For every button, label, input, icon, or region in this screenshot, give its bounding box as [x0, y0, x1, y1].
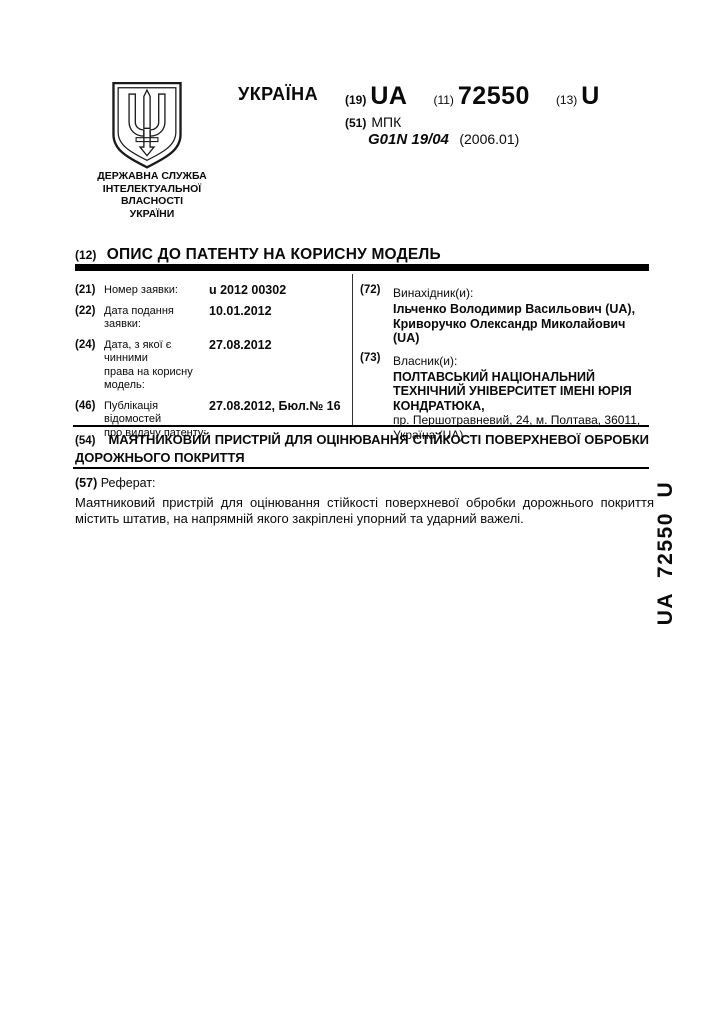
invention-title-text: МАЯТНИКОВИЙ ПРИСТРІЙ ДЛЯ ОЦІНЮВАННЯ СТІЙ…: [75, 432, 649, 465]
ipc-row: (51) МПК: [345, 114, 600, 130]
filing-date-row: (22) Дата подання заявки: 10.01.2012: [75, 305, 343, 332]
code-57-label: (57): [75, 476, 97, 490]
inventors-names: Ільченко Володимир Васильович (UA), Крив…: [393, 302, 649, 346]
code-51-label: (51): [345, 116, 366, 130]
document-type-text: ОПИС ДО ПАТЕНТУ НА КОРИСНУ МОДЕЛЬ: [107, 246, 441, 263]
code-72-label: (72): [360, 284, 393, 296]
ipc-version: (2006.01): [459, 131, 519, 147]
code-13-label: (13): [556, 93, 577, 107]
double-rule-divider: [75, 264, 649, 271]
publication-info-value: 27.08.2012, Бюл.№ 16: [209, 400, 343, 414]
document-type-heading: (12) ОПИС ДО ПАТЕНТУ НА КОРИСНУ МОДЕЛЬ: [75, 246, 649, 264]
application-number-label: Номер заявки:: [104, 284, 209, 298]
owner-block: Власник(и): ПОЛТАВСЬКИЙ НАЦІОНАЛЬНИЙ ТЕХ…: [393, 352, 649, 443]
ipc-label: МПК: [371, 114, 401, 130]
inventors-block: Винахідник(и): Ільченко Володимир Василь…: [393, 284, 649, 346]
effective-date-row: (24) Дата, з якої є чинними права на кор…: [75, 339, 343, 393]
code-12-label: (12): [75, 248, 96, 262]
rule-below-title: [73, 467, 649, 469]
kind-code: U: [581, 82, 600, 111]
code-73-label: (73): [360, 352, 393, 364]
owner-name: ПОЛТАВСЬКИЙ НАЦІОНАЛЬНИЙ ТЕХНІЧНИЙ УНІВЕ…: [393, 370, 649, 414]
code-21-label: (21): [75, 284, 104, 296]
invention-title: (54)МАЯТНИКОВИЙ ПРИСТРІЙ ДЛЯ ОЦІНЮВАННЯ …: [75, 432, 649, 465]
bibliographic-table: (21) Номер заявки: u 2012 00302 (22) Дат…: [75, 278, 649, 425]
inventors-label: Винахідник(и):: [393, 286, 473, 300]
filing-date-label: Дата подання заявки:: [104, 305, 209, 332]
vertical-patent-number: UA 72550 U: [654, 468, 682, 638]
owner-label: Власник(и):: [393, 354, 457, 368]
code-54-label: (54): [75, 435, 95, 447]
ipc-classification-row: G01N 19/04 (2006.01): [368, 131, 600, 149]
issuing-office-name: ДЕРЖАВНА СЛУЖБА ІНТЕЛЕКТУАЛЬНОЇ ВЛАСНОСТ…: [57, 170, 247, 220]
document-codes: (19) UA (11) 72550 (13) U (51) МПК G01N …: [345, 82, 600, 149]
application-number-row: (21) Номер заявки: u 2012 00302: [75, 284, 343, 298]
column-divider: [352, 274, 353, 426]
rule-above-title: [73, 425, 649, 427]
biblio-right-column: (72) Винахідник(и): Ільченко Володимир В…: [360, 284, 649, 448]
country-name: УКРАЇНА: [238, 84, 318, 105]
owner-row: (73) Власник(и): ПОЛТАВСЬКИЙ НАЦІОНАЛЬНИ…: [360, 352, 649, 443]
abstract-label-text: Реферат:: [101, 476, 156, 490]
publication-number: 72550: [458, 82, 530, 111]
code-46-label: (46): [75, 400, 104, 412]
effective-date-value: 27.08.2012: [209, 339, 343, 353]
code-11-label: (11): [433, 93, 453, 107]
country-code: UA: [370, 82, 407, 111]
abstract-text: Маятниковий пристрій для оцінювання стій…: [75, 495, 654, 526]
code-22-label: (22): [75, 305, 104, 317]
application-number-value: u 2012 00302: [209, 284, 343, 298]
code-19-label: (19): [345, 93, 366, 107]
code-24-label: (24): [75, 339, 104, 351]
inventors-row: (72) Винахідник(и): Ільченко Володимир В…: [360, 284, 649, 346]
ukraine-trident-emblem: [107, 80, 187, 172]
effective-date-label: Дата, з якої є чинними права на корисну …: [104, 339, 209, 393]
biblio-left-column: (21) Номер заявки: u 2012 00302 (22) Дат…: [75, 284, 343, 447]
publication-number-row: (19) UA (11) 72550 (13) U: [345, 82, 600, 111]
patent-front-page: ДЕРЖАВНА СЛУЖБА ІНТЕЛЕКТУАЛЬНОЇ ВЛАСНОСТ…: [0, 0, 724, 1024]
abstract-heading: (57) Реферат:: [75, 476, 156, 490]
ipc-class: G01N 19/04: [368, 131, 449, 148]
filing-date-value: 10.01.2012: [209, 305, 343, 319]
